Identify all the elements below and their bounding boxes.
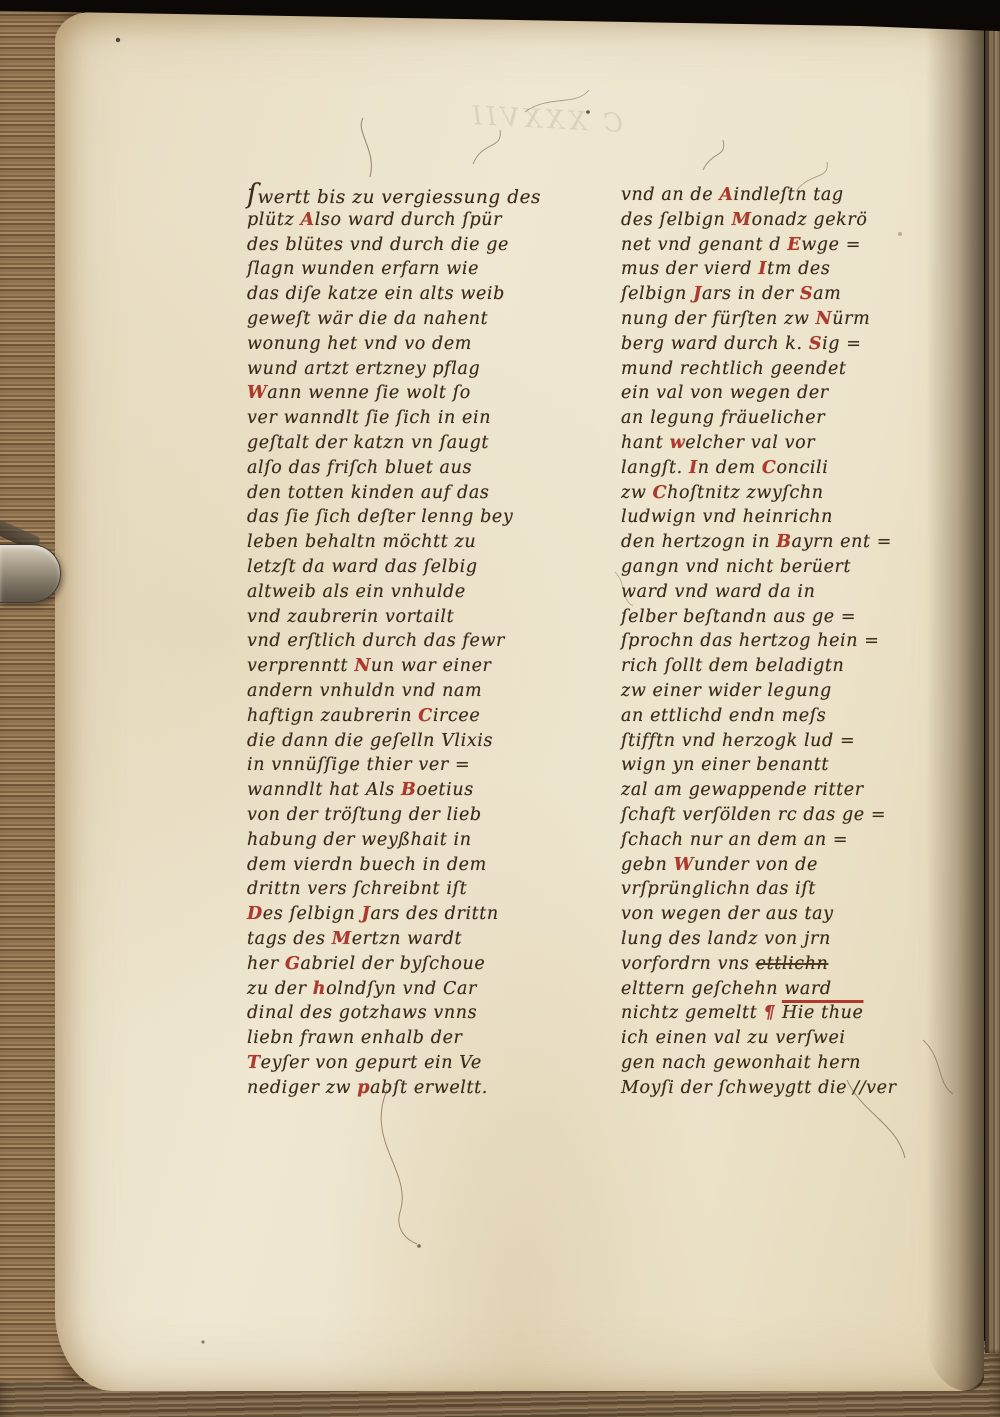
manuscript-photo: { "page": { "folio_header": "C XXXVII" }… xyxy=(0,0,1000,1417)
manuscript-line: ſtifftn vnd herzogk lud = xyxy=(621,729,926,754)
ink-text: rich ſollt dem beladigtn xyxy=(621,656,844,676)
ink-text: abſt erweltt. xyxy=(370,1078,488,1098)
ink-text: ich einen val zu verſwei xyxy=(621,1028,846,1048)
manuscript-line: zw einer wider legung xyxy=(621,679,926,704)
rubricated-text: I xyxy=(689,458,698,478)
manuscript-line: alſo das friſch bluet aus xyxy=(247,456,552,481)
rubricated-text: S xyxy=(800,284,813,304)
rubricated-text: M xyxy=(732,210,752,230)
manuscript-line: ward vnd ward da in xyxy=(621,580,926,605)
manuscript-line: leben behaltn möchtt zu xyxy=(247,530,552,555)
manuscript-line: ich einen val zu verſwei xyxy=(621,1026,926,1051)
manuscript-line: vnd erſtlich durch das fewr xyxy=(247,629,552,654)
ink-text: mund rechtlich geendet xyxy=(621,359,847,379)
manuscript-line: Teyſer von gepurt ein Ve xyxy=(247,1051,552,1076)
ink-text: lung des landz von jrn xyxy=(621,929,831,949)
ink-text: das ſie ſich deſter lenng bey xyxy=(247,507,513,527)
adjacent-page-edge xyxy=(985,26,1000,1353)
ink-text: under von de xyxy=(694,855,818,875)
manuscript-line: wund artzt ertzney pflag xyxy=(247,357,552,382)
manuscript-line: nung der fürſten zw Nürm xyxy=(621,307,926,332)
ink-text: gen nach gewonhait hern xyxy=(621,1053,861,1073)
manuscript-line: mus der vierd Itm des xyxy=(621,257,926,282)
manuscript-line: ludwign vnd heinrichn xyxy=(621,505,926,530)
ink-text: oncili xyxy=(776,458,828,478)
ink-text: oetius xyxy=(416,780,473,800)
ink-text: nung der fürſten zw xyxy=(621,309,816,329)
ink-text: leben behaltn möchtt zu xyxy=(247,532,476,552)
ink-text: ayrn ent = xyxy=(792,532,892,552)
manuscript-line: dinal des gotzhaws vnns xyxy=(247,1001,552,1026)
manuscript-line: ſlagn wunden erfarn wie xyxy=(247,257,552,282)
ink-text: un war einer xyxy=(371,656,492,676)
ink-text: das diſe katze ein alts weib xyxy=(247,284,505,304)
struck-text: ettlichn xyxy=(756,954,829,974)
manuscript-line: den totten kinden auf das xyxy=(247,481,552,506)
rubricated-text: J xyxy=(693,284,702,304)
ink-text: des ſelbign xyxy=(621,210,732,230)
ink-text: ann wenne ſie wolt ſo xyxy=(267,383,471,403)
rubricated-text: B xyxy=(776,532,791,552)
ink-text: vnd an de xyxy=(621,185,719,205)
manuscript-line: lung des landz von jrn xyxy=(621,927,926,952)
manuscript-line: rich ſollt dem beladigtn xyxy=(621,654,926,679)
ink-text: in vnnüſſige thier ver = xyxy=(247,755,470,775)
manuscript-line: geſtalt der katzn vn ſaugt xyxy=(247,431,552,456)
manuscript-line: zu der holndſyn vnd Car xyxy=(247,977,552,1002)
manuscript-line: das diſe katze ein alts weib xyxy=(247,282,552,307)
ink-text: von wegen der aus tay xyxy=(621,904,834,924)
rubricated-text: W xyxy=(247,383,267,403)
ink-text: net vnd genant d xyxy=(621,235,787,255)
ink-text: nichtz gemeltt xyxy=(621,1003,764,1023)
manuscript-line: ſelbign Jars in der Sam xyxy=(621,282,926,307)
ink-text: wign yn einer benantt xyxy=(621,755,829,775)
ink-text: ſelber beſtandn aus ge = xyxy=(621,607,856,627)
rubricated-text: p xyxy=(357,1078,370,1098)
rubricated-text: M xyxy=(332,929,352,949)
ink-text: drittn vers ſchreibnt iſt xyxy=(247,879,467,899)
manuscript-line: nichtz gemeltt ¶ Hie thue xyxy=(621,1001,926,1026)
rubricated-text: w xyxy=(670,433,686,453)
ink-text: ars in der xyxy=(702,284,800,304)
ink-text: an ettlichd endn meſs xyxy=(621,706,826,726)
manuscript-line: mund rechtlich geendet xyxy=(621,357,926,382)
ink-text: letzſt da ward das ſelbig xyxy=(247,557,478,577)
ink-text: plütz xyxy=(247,210,301,230)
manuscript-line: geweſt wär die da nahent xyxy=(247,307,552,332)
manuscript-line: ſelber beſtandn aus ge = xyxy=(621,605,926,630)
manuscript-line: gebn Wunder von de xyxy=(621,853,926,878)
manuscript-line: her Gabriel der byſchoue xyxy=(247,952,552,977)
manuscript-line: liebn frawn enhalb der xyxy=(247,1026,552,1051)
manuscript-line: an ettlichd endn meſs xyxy=(621,704,926,729)
ink-text: dem vierdn buech in dem xyxy=(247,855,487,875)
manuscript-line: an legung fräuelicher xyxy=(621,406,926,431)
manuscript-line: wign yn einer benantt xyxy=(621,753,926,778)
manuscript-line: von wegen der aus tay xyxy=(621,902,926,927)
manuscript-line: vrſprünglichn das iſt xyxy=(621,877,926,902)
manuscript-line: net vnd genant d Ewge = xyxy=(621,233,926,258)
manuscript-line: tags des Mertzn wardt xyxy=(247,927,552,952)
ink-text: es ſelbign xyxy=(263,904,362,924)
ink-text: dinal des gotzhaws vnns xyxy=(247,1003,477,1023)
manuscript-line: gangn vnd nicht berüert xyxy=(621,555,926,580)
manuscript-line: des blütes vnd durch die ge xyxy=(247,233,552,258)
ink-text: an legung fräuelicher xyxy=(621,408,825,428)
ink-text: wge = xyxy=(801,235,861,255)
manuscript-line: zal am gewappende ritter xyxy=(621,778,926,803)
ink-text: ertzn wardt xyxy=(352,929,462,949)
rubricated-text: ¶ xyxy=(764,1003,782,1023)
manuscript-line: vorfordrn vns ettlichn xyxy=(621,952,926,977)
ink-text: mus der vierd xyxy=(621,259,758,279)
ink-text: den hertzogn in xyxy=(621,532,776,552)
ink-text: onadz gekrö xyxy=(752,210,868,230)
manuscript-line: andern vnhuldn vnd nam xyxy=(247,679,552,704)
manuscript-line: ſchaft verſölden rc das ge = xyxy=(621,803,926,828)
ink-text: ver wanndlt ſie ſich in ein xyxy=(247,408,491,428)
rubricated-text: C xyxy=(418,706,433,726)
ink-text: ars des drittn xyxy=(370,904,498,924)
ink-text: vnd erſtlich durch das fewr xyxy=(247,631,505,651)
manuscript-line: wonung het vnd vo dem xyxy=(247,332,552,357)
ink-text: vorfordrn vns xyxy=(621,954,756,974)
ink-text: zw xyxy=(621,483,653,503)
ink-text: langſt. xyxy=(621,458,689,478)
ink-text: tm des xyxy=(767,259,830,279)
manuscript-line: letzſt da ward das ſelbig xyxy=(247,555,552,580)
ink-text: zal am gewappende ritter xyxy=(621,780,864,800)
ink-text: ſtifftn vnd herzogk lud = xyxy=(621,731,855,751)
ink-text: alſo das friſch bluet aus xyxy=(247,458,472,478)
manuscript-line: plütz Also ward durch ſpür xyxy=(247,208,552,233)
manuscript-line: ſprochn das hertzog hein = xyxy=(621,629,926,654)
parchment-page: C XXXVII ſwertt bis zu vergiessung despl… xyxy=(55,12,984,1391)
ink-text: eyſer von gepurt ein Ve xyxy=(261,1053,482,1073)
ink-text: wanndlt hat Als xyxy=(247,780,401,800)
rubricated-text: I xyxy=(758,259,767,279)
ink-text: ſprochn das hertzog hein = xyxy=(621,631,880,651)
text-column-right: vnd an de Aindleſtn tagdes ſelbign Monad… xyxy=(621,183,926,1100)
manuscript-line: das ſie ſich deſter lenng bey xyxy=(247,505,552,530)
manuscript-line: Moyſi der ſchweygtt die ∕∕ver xyxy=(621,1076,926,1101)
manuscript-line: des ſelbign Monadz gekrö xyxy=(621,208,926,233)
manuscript-line: zw Choſtnitz zwyſchn xyxy=(621,481,926,506)
ink-text: nediger zw xyxy=(247,1078,357,1098)
ink-text: ward vnd ward da in xyxy=(621,582,815,602)
ink-text: andern vnhuldn vnd nam xyxy=(247,681,482,701)
manuscript-line: ſwertt bis zu vergiessung des xyxy=(247,183,552,208)
ink-text: haftign zaubrerin xyxy=(247,706,418,726)
manuscript-line: vnd zaubrerin vortailt xyxy=(247,605,552,630)
text-column-left: ſwertt bis zu vergiessung desplütz Also … xyxy=(247,183,552,1100)
ink-text: n dem xyxy=(698,458,762,478)
ink-text: ludwign vnd heinrichn xyxy=(621,507,833,527)
rubricated-text: A xyxy=(719,185,733,205)
rubricated-text: C xyxy=(653,483,668,503)
ink-text: habung der weyßhait in xyxy=(247,830,472,850)
manuscript-line: drittn vers ſchreibnt iſt xyxy=(247,877,552,902)
rubricated-text: h xyxy=(313,979,326,999)
rubricated-text: D xyxy=(247,904,263,924)
ink-text: ig = xyxy=(822,334,861,354)
book-clasp xyxy=(0,544,61,603)
ink-text: vrſprünglichn das iſt xyxy=(621,879,816,899)
folio-number-bleedthrough: C XXXVII xyxy=(432,99,623,139)
ink-text: abriel der byſchoue xyxy=(301,954,486,974)
ink-text: olndſyn vnd Car xyxy=(326,979,477,999)
ink-text: ürm xyxy=(832,309,870,329)
rubricated-text: B xyxy=(401,780,416,800)
ink-text: altweib als ein vnhulde xyxy=(247,582,466,602)
ink-text: Moyſi der ſchweygtt die ∕∕ver xyxy=(621,1078,897,1098)
ink-text: zu der xyxy=(247,979,313,999)
manuscript-line: haftign zaubrerin Circee xyxy=(247,704,552,729)
ink-text: ein val von wegen der xyxy=(621,383,829,403)
ink-text: den totten kinden auf das xyxy=(247,483,489,503)
ink-text: ſchach nur an dem an = xyxy=(621,830,848,850)
rubricated-text: S xyxy=(809,334,822,354)
ink-text: hant xyxy=(621,433,670,453)
rubricated-text: W xyxy=(674,855,694,875)
red-overlined-text: Hie thue xyxy=(782,1003,864,1023)
manuscript-line: in vnnüſſige thier ver = xyxy=(247,753,552,778)
manuscript-line: ein val von wegen der xyxy=(621,381,926,406)
manuscript-line: Wann wenne ſie wolt ſo xyxy=(247,381,552,406)
ink-text: elcher val vor xyxy=(685,433,815,453)
manuscript-line: nediger zw pabſt erweltt. xyxy=(247,1076,552,1101)
ink-text: elttern geſchehn ward xyxy=(621,979,832,999)
ink-text: vnd zaubrerin vortailt xyxy=(247,607,454,627)
ink-text: geſtalt der katzn vn ſaugt xyxy=(247,433,489,453)
rubricated-text: T xyxy=(247,1053,261,1073)
ink-text: liebn frawn enhalb der xyxy=(247,1028,463,1048)
ink-text: hoſtnitz zwyſchn xyxy=(667,483,824,503)
rubricated-text: C xyxy=(762,458,777,478)
manuscript-line: gen nach gewonhait hern xyxy=(621,1051,926,1076)
ink-text: indleſtn tag xyxy=(734,185,844,205)
ink-text: die dann die geſelln Vlixis xyxy=(247,731,493,751)
manuscript-line: langſt. In dem Concili xyxy=(621,456,926,481)
ink-text: am xyxy=(813,284,841,304)
ink-text: zw einer wider legung xyxy=(621,681,832,701)
ink-text: wund artzt ertzney pflag xyxy=(247,359,480,379)
ink-text: her xyxy=(247,954,285,974)
rubricated-text: A xyxy=(301,210,315,230)
manuscript-line: elttern geſchehn ward xyxy=(621,977,926,1002)
ink-text: gangn vnd nicht berüert xyxy=(621,557,851,577)
ink-text: von der tröſtung der lieb xyxy=(247,805,482,825)
manuscript-line: die dann die geſelln Vlixis xyxy=(247,729,552,754)
ink-text: des blütes vnd durch die ge xyxy=(247,235,509,255)
manuscript-line: von der tröſtung der lieb xyxy=(247,803,552,828)
ink-text: lso ward durch ſpür xyxy=(315,210,502,230)
rubricated-text: G xyxy=(285,954,301,974)
ink-text: tags des xyxy=(247,929,332,949)
manuscript-line: habung der weyßhait in xyxy=(247,828,552,853)
rubricated-text: E xyxy=(787,235,801,255)
manuscript-line: altweib als ein vnhulde xyxy=(247,580,552,605)
ink-text: gebn xyxy=(621,855,674,875)
ink-text: ſwertt bis zu vergiessung des xyxy=(247,187,541,208)
manuscript-line: hant welcher val vor xyxy=(621,431,926,456)
ink-text: ſchaft verſölden rc das ge = xyxy=(621,805,886,825)
manuscript-line: den hertzogn in Bayrn ent = xyxy=(621,530,926,555)
manuscript-line: Des ſelbign Jars des drittn xyxy=(247,902,552,927)
ink-text: ſlagn wunden erfarn wie xyxy=(247,259,479,279)
ink-text: geweſt wär die da nahent xyxy=(247,309,488,329)
rubricated-text: N xyxy=(816,309,833,329)
manuscript-line: dem vierdn buech in dem xyxy=(247,853,552,878)
manuscript-line: ſchach nur an dem an = xyxy=(621,828,926,853)
manuscript-line: verprenntt Nun war einer xyxy=(247,654,552,679)
ink-text: ſelbign xyxy=(621,284,693,304)
ink-text: berg ward durch k. xyxy=(621,334,809,354)
ink-text: wonung het vnd vo dem xyxy=(247,334,472,354)
manuscript-line: vnd an de Aindleſtn tag xyxy=(621,183,926,208)
rubricated-text: N xyxy=(354,656,371,676)
manuscript-line: berg ward durch k. Sig = xyxy=(621,332,926,357)
manuscript-line: wanndlt hat Als Boetius xyxy=(247,778,552,803)
manuscript-line: ver wanndlt ſie ſich in ein xyxy=(247,406,552,431)
ink-text: ircee xyxy=(433,706,480,726)
ink-text: verprenntt xyxy=(247,656,354,676)
